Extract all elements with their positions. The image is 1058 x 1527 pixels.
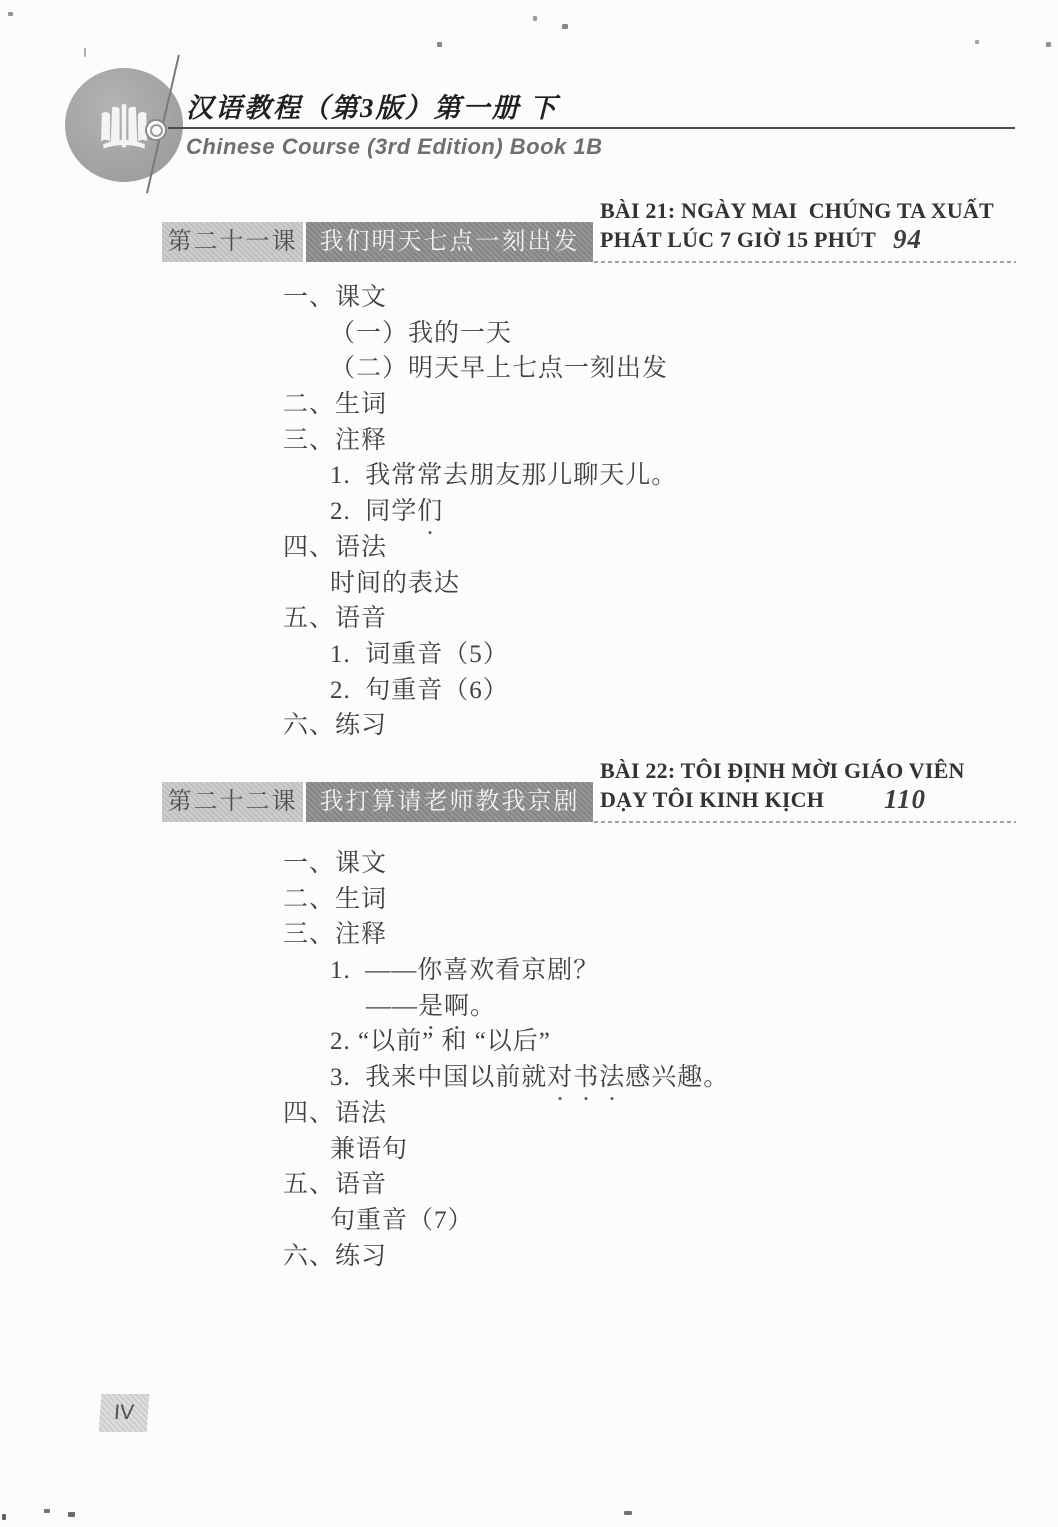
- toc-item: 句重音（7）: [283, 1203, 883, 1239]
- scan-speck: [562, 24, 568, 29]
- emphasized-text: 是啊: [418, 993, 470, 1020]
- scan-speck: [1046, 42, 1051, 47]
- lesson-21-number-label: 第二十一课: [162, 222, 303, 262]
- toc-text: 1. ——你喜欢看京剧？: [330, 957, 599, 984]
- toc-item: 二、生词: [283, 387, 883, 423]
- toc-item: 四、语法: [283, 530, 883, 566]
- lesson-22-page-number: 110: [884, 784, 926, 815]
- toc-text: 感兴趣。: [625, 1064, 729, 1091]
- lesson-21-dashed-rule: [594, 261, 1016, 263]
- toc-item: 2. “以前” 和 “以后”: [283, 1024, 883, 1060]
- toc-item: 1. 我常常去朋友那儿聊天儿。: [283, 458, 883, 494]
- book-title-english: Chinese Course (3rd Edition) Book 1B: [186, 134, 603, 160]
- toc-text: 3. 我来中国以前就: [330, 1064, 547, 1091]
- toc-text: 一、课文: [283, 850, 387, 877]
- toc-text: 六、练习: [283, 1243, 387, 1270]
- toc-text: 。: [470, 993, 496, 1020]
- header-divider: [168, 127, 1015, 129]
- toc-item: 三、注释: [283, 423, 883, 459]
- scan-speck: [84, 48, 86, 57]
- toc-text: 六、练习: [283, 712, 387, 739]
- toc-item: 一、课文: [283, 280, 883, 316]
- lesson-22-vi-line1: BÀI 22: TÔI ĐỊNH MỜI GIÁO VIÊN: [600, 758, 965, 783]
- toc-text: 2. “以前” 和 “以后”: [330, 1028, 551, 1055]
- toc-text: （一）我的一天: [330, 320, 512, 347]
- toc-item: 2. 同学们: [283, 494, 883, 530]
- scan-speck: [8, 12, 13, 16]
- toc-text: 五、语音: [283, 1171, 387, 1198]
- toc-text: 三、注释: [283, 921, 387, 948]
- lesson-21-toc-list: 一、课文（一）我的一天（二）明天早上七点一刻出发二、生词三、注释1. 我常常去朋…: [283, 280, 883, 744]
- toc-item: 兼语句: [283, 1132, 883, 1168]
- lesson-21-title-vietnamese: BÀI 21: NGÀY MAI CHÚNG TA XUẤTPHÁT LÚC 7…: [600, 196, 1020, 254]
- toc-item: 六、练习: [283, 1239, 883, 1275]
- toc-text: 时间的表达: [330, 570, 460, 597]
- toc-text: 2. 同学: [330, 498, 417, 525]
- lesson-22-toc-list: 一、课文二、生词三、注释1. ——你喜欢看京剧？——是啊。2. “以前” 和 “…: [283, 846, 883, 1274]
- toc-item: 五、语音: [283, 1167, 883, 1203]
- scan-speck: [68, 1512, 75, 1517]
- toc-text: 兼语句: [330, 1136, 408, 1163]
- book-title-chinese: 汉语教程（第3版）第一册 下: [186, 86, 558, 125]
- lesson-21-title-chinese: 我们明天七点一刻出发: [306, 222, 593, 262]
- ring-inner-icon: [150, 124, 163, 137]
- toc-text: 一、课文: [283, 284, 387, 311]
- toc-text: 1. 我常常去朋友那儿聊天儿。: [330, 462, 677, 489]
- scan-speck: [624, 1511, 632, 1515]
- scan-speck: [437, 42, 442, 47]
- toc-item: 四、语法: [283, 1096, 883, 1132]
- toc-text: 三、注释: [283, 427, 387, 454]
- scan-speck: [44, 1509, 50, 1513]
- toc-text: 四、语法: [283, 534, 387, 561]
- scanned-toc-page: 汉语教程（第3版）第一册 下 Chinese Course (3rd Editi…: [0, 0, 1058, 1527]
- scan-speck: [533, 16, 537, 21]
- toc-item: （二）明天早上七点一刻出发: [283, 351, 883, 387]
- lesson-22-dashed-rule: [594, 821, 1016, 823]
- scan-speck: [975, 40, 979, 44]
- lesson-21-vi-line1: BÀI 21: NGÀY MAI CHÚNG TA XUẤT: [600, 198, 994, 223]
- toc-text: 1. 词重音（5）: [330, 641, 509, 668]
- lesson-22-title-vietnamese: BÀI 22: TÔI ĐỊNH MỜI GIÁO VIÊNDẠY TÔI KI…: [600, 756, 1020, 814]
- toc-item: 三、注释: [283, 917, 883, 953]
- lesson-21-page-number: 94: [893, 224, 922, 255]
- lesson-22-title-chinese: 我打算请老师教我京剧: [306, 782, 593, 822]
- scan-speck: [2, 1514, 6, 1520]
- folio-page-number: IV: [99, 1394, 150, 1432]
- toc-item: 六、练习: [283, 708, 883, 744]
- toc-item: 二、生词: [283, 882, 883, 918]
- toc-item: 一、课文: [283, 846, 883, 882]
- toc-text: （二）明天早上七点一刻出发: [330, 355, 668, 382]
- toc-text: 二、生词: [283, 391, 387, 418]
- emphasized-text: 们: [417, 498, 443, 525]
- emphasized-text: 对书法: [547, 1064, 625, 1091]
- lesson-22-number-label: 第二十二课: [162, 782, 303, 822]
- toc-text: 五、语音: [283, 605, 387, 632]
- toc-item: 3. 我来中国以前就对书法感兴趣。: [283, 1060, 883, 1096]
- toc-text: 2. 句重音（6）: [330, 677, 509, 704]
- toc-item: 1. 词重音（5）: [283, 637, 883, 673]
- ring-ornament-icon: [145, 119, 167, 141]
- toc-text: 四、语法: [283, 1100, 387, 1127]
- toc-item: 时间的表达: [283, 566, 883, 602]
- toc-item: 1. ——你喜欢看京剧？: [283, 953, 883, 989]
- lesson-21-vi-line2: PHÁT LÚC 7 GIỜ 15 PHÚT: [600, 227, 876, 252]
- toc-item: ——是啊。: [283, 989, 883, 1025]
- toc-text: 句重音（7）: [330, 1207, 474, 1234]
- toc-item: （一）我的一天: [283, 316, 883, 352]
- toc-item: 五、语音: [283, 601, 883, 637]
- toc-item: 2. 句重音（6）: [283, 673, 883, 709]
- toc-text: 二、生词: [283, 886, 387, 913]
- lesson-22-vi-line2: DẠY TÔI KINH KỊCH: [600, 787, 824, 812]
- toc-text: ——: [366, 993, 418, 1020]
